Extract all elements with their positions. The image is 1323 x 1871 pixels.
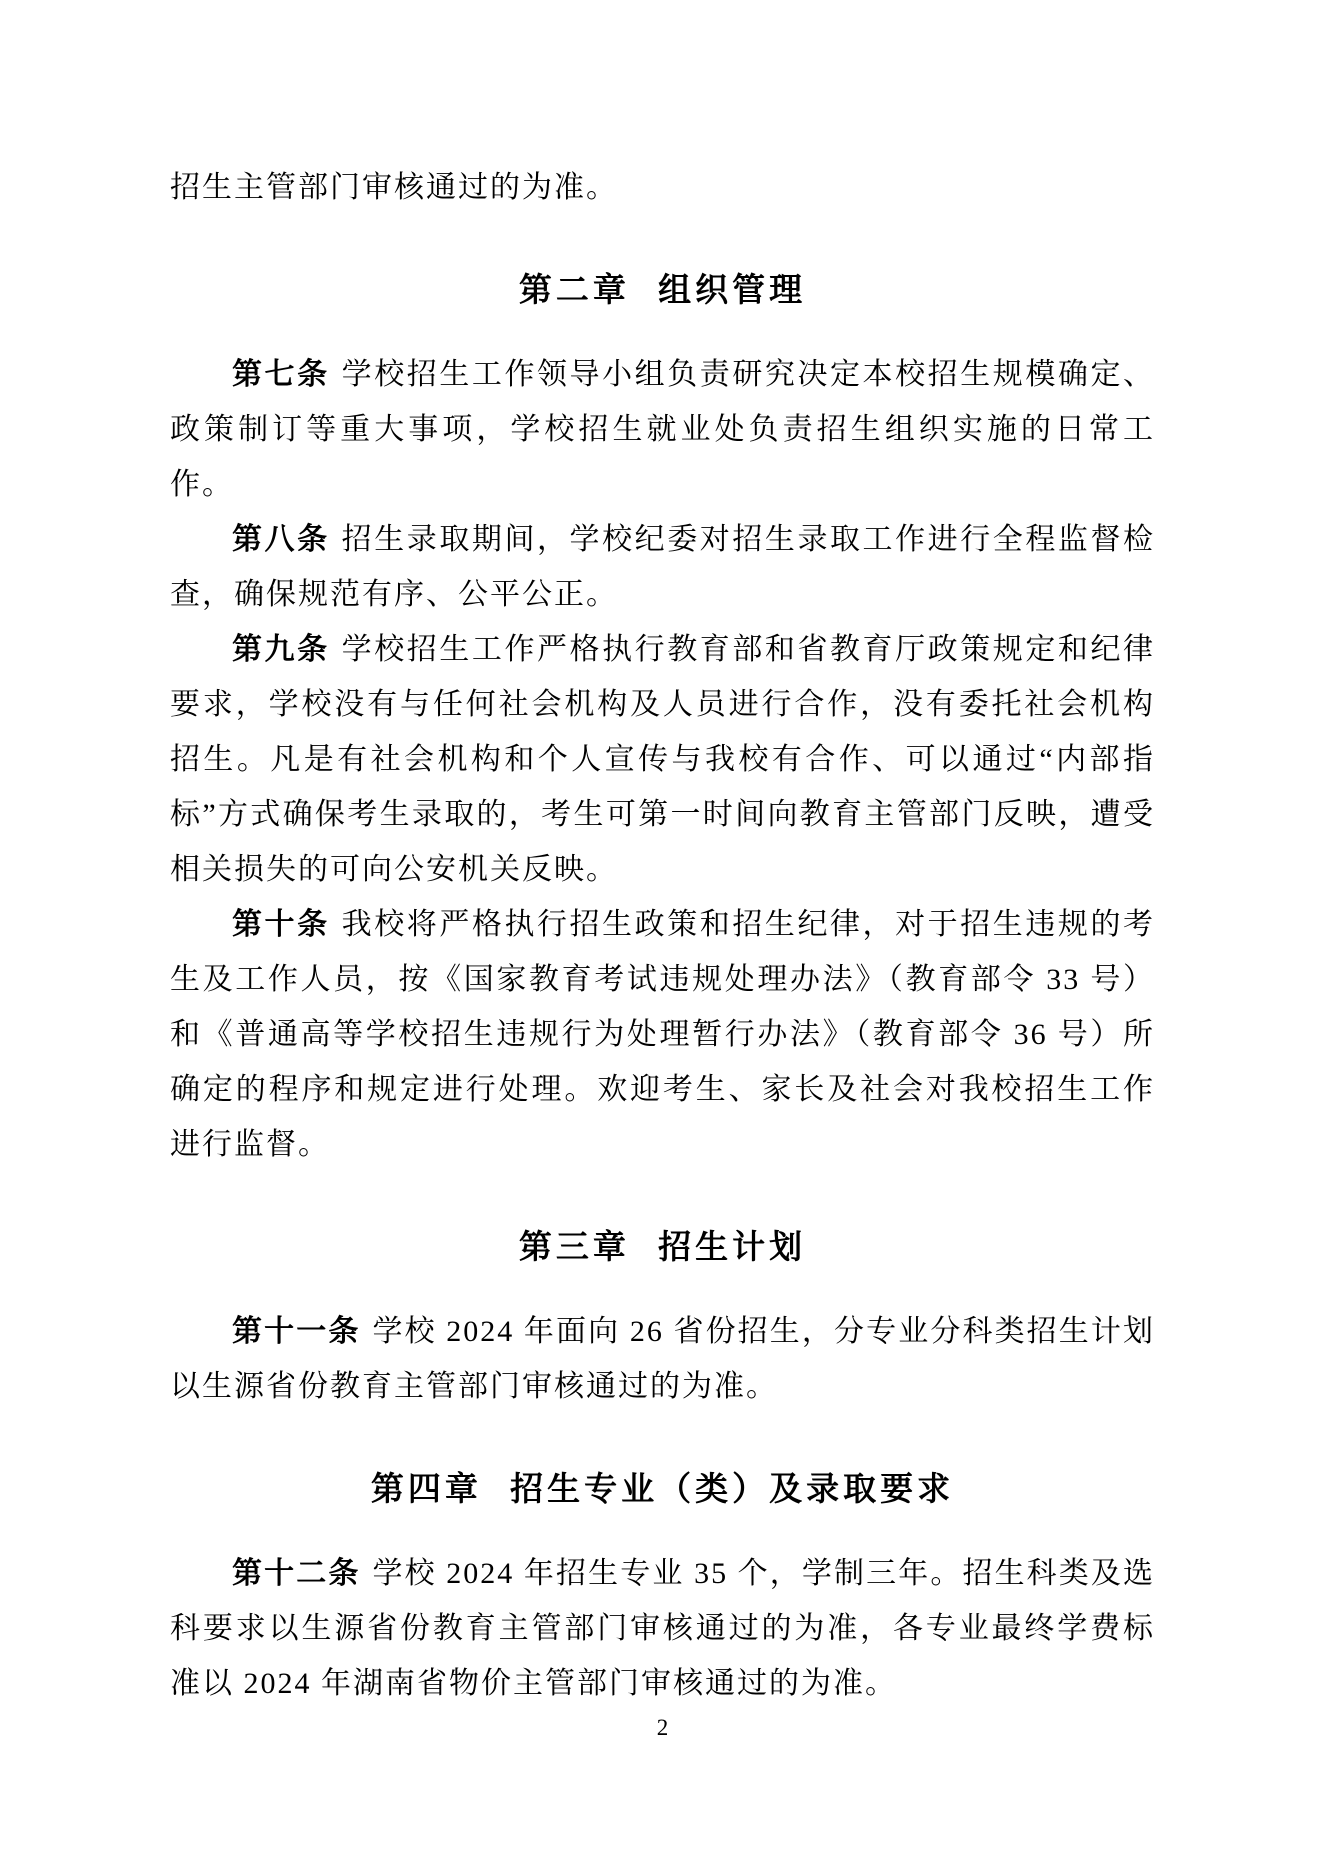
page-number: 2 [170,1713,1155,1743]
article-paragraph: 第十一条学校 2024 年面向 26 省份招生，分专业分科类招生计划以生源省份教… [170,1304,1155,1414]
article-number: 第十一条 [232,1315,360,1348]
chapter-heading: 第四章 招生专业（类）及录取要求 [170,1460,1155,1520]
article-paragraph: 第九条学校招生工作严格执行教育部和省教育厅政策规定和纪律要求，学校没有与任何社会… [170,622,1155,897]
article-number: 第九条 [232,633,330,666]
article-text: 我校将严格执行招生政策和招生纪律，对于招生违规的考生及工作人员，按《国家教育考试… [170,908,1155,1161]
chapter-heading: 第三章 招生计划 [170,1218,1155,1278]
article-paragraph: 第七条学校招生工作领导小组负责研究决定本校招生规模确定、政策制订等重大事项，学校… [170,347,1155,512]
article-number: 第七条 [232,358,330,391]
chapter-heading: 第二章 组织管理 [170,261,1155,321]
document-page: 招生主管部门审核通过的为准。 第二章 组织管理第七条学校招生工作领导小组负责研究… [0,0,1323,1871]
article-paragraph: 第八条招生录取期间，学校纪委对招生录取工作进行全程监督检查，确保规范有序、公平公… [170,512,1155,622]
article-paragraph: 第十条我校将严格执行招生政策和招生纪律，对于招生违规的考生及工作人员，按《国家教… [170,897,1155,1172]
article-number: 第八条 [232,523,330,556]
article-number: 第十二条 [232,1557,360,1590]
article-text: 学校招生工作严格执行教育部和省教育厅政策规定和纪律要求，学校没有与任何社会机构及… [170,633,1155,886]
article-paragraph: 第十二条学校 2024 年招生专业 35 个，学制三年。招生科类及选科要求以生源… [170,1546,1155,1711]
paragraph-continuation: 招生主管部门审核通过的为准。 [170,160,1155,215]
document-body: 第二章 组织管理第七条学校招生工作领导小组负责研究决定本校招生规模确定、政策制订… [170,261,1155,1711]
article-number: 第十条 [232,908,330,941]
